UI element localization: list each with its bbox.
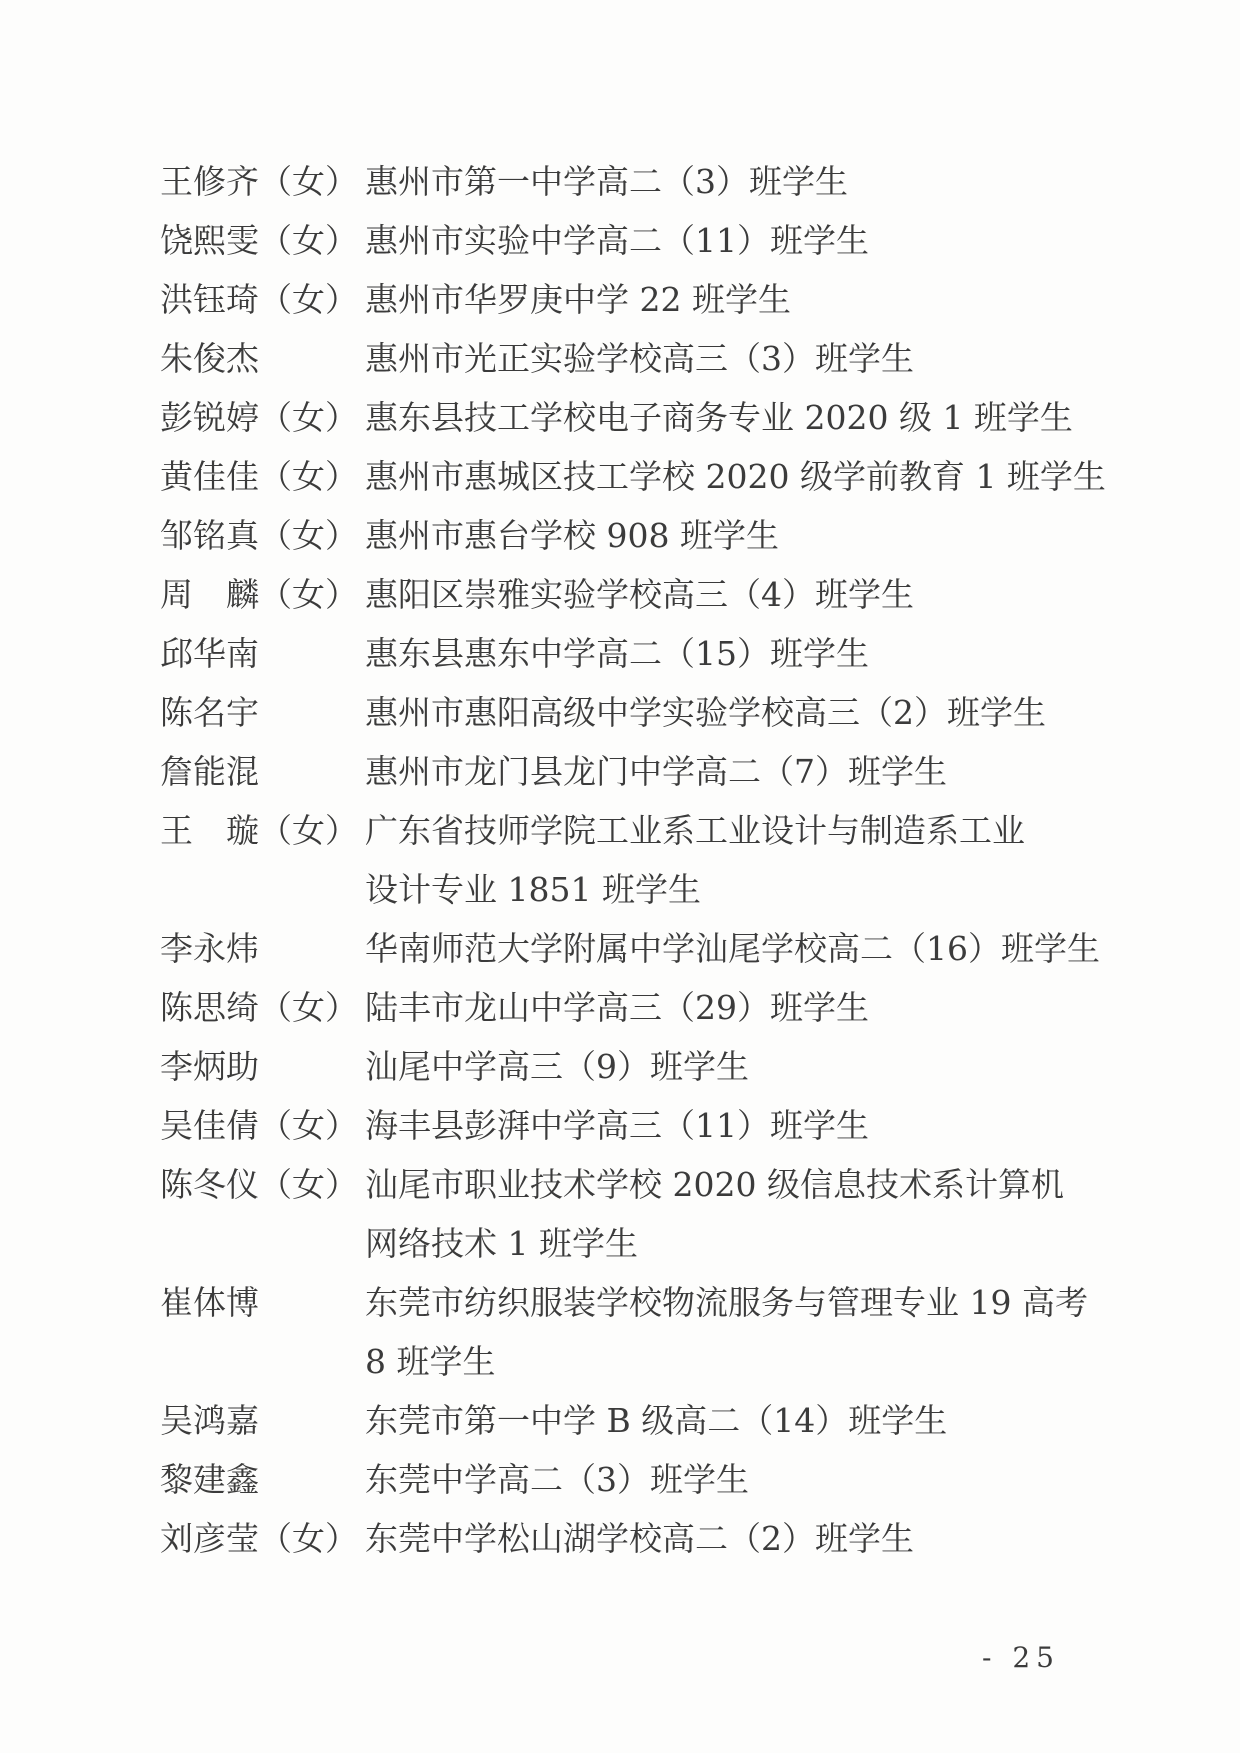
- list-item: 陈思绮（女） 陆丰市龙山中学高三（29）班学生: [160, 978, 1140, 1037]
- student-school: 广东省技师学院工业系工业设计与制造系工业 设计专业 1851 班学生: [365, 801, 1140, 919]
- student-name: 朱俊杰: [160, 329, 365, 388]
- list-item: 彭锐婷（女） 惠东县技工学校电子商务专业 2020 级 1 班学生: [160, 388, 1140, 447]
- student-name: 饶熙雯（女）: [160, 211, 365, 270]
- student-school: 惠州市第一中学高二（3）班学生: [365, 152, 1140, 211]
- student-name: 吴佳倩（女）: [160, 1096, 365, 1155]
- list-item: 陈冬仪（女） 汕尾市职业技术学校 2020 级信息技术系计算机 网络技术 1 班…: [160, 1155, 1140, 1273]
- list-item: 邱华南 惠东县惠东中学高二（15）班学生: [160, 624, 1140, 683]
- student-name: 李炳助: [160, 1037, 365, 1096]
- school-line-2: 设计专业 1851 班学生: [365, 860, 1140, 919]
- list-item: 詹能混 惠州市龙门县龙门中学高二（7）班学生: [160, 742, 1140, 801]
- student-school: 惠州市华罗庚中学 22 班学生: [365, 270, 1140, 329]
- student-name: 王修齐（女）: [160, 152, 365, 211]
- student-name: 陈思绮（女）: [160, 978, 365, 1037]
- student-name: 陈名宇: [160, 683, 365, 742]
- student-school: 东莞中学松山湖学校高二（2）班学生: [365, 1509, 1140, 1568]
- list-item: 王修齐（女） 惠州市第一中学高二（3）班学生: [160, 152, 1140, 211]
- list-item: 邹铭真（女） 惠州市惠台学校 908 班学生: [160, 506, 1140, 565]
- student-school: 惠州市惠阳高级中学实验学校高三（2）班学生: [365, 683, 1140, 742]
- student-school: 东莞中学高二（3）班学生: [365, 1450, 1140, 1509]
- list-item: 李永炜 华南师范大学附属中学汕尾学校高二（16）班学生: [160, 919, 1140, 978]
- list-item: 饶熙雯（女） 惠州市实验中学高二（11）班学生: [160, 211, 1140, 270]
- student-name: 刘彦莹（女）: [160, 1509, 365, 1568]
- list-item: 王 璇（女） 广东省技师学院工业系工业设计与制造系工业 设计专业 1851 班学…: [160, 801, 1140, 919]
- student-school: 惠州市龙门县龙门中学高二（7）班学生: [365, 742, 1140, 801]
- school-line-1: 东莞市纺织服装学校物流服务与管理专业 19 高考: [365, 1273, 1140, 1332]
- student-school: 惠阳区崇雅实验学校高三（4）班学生: [365, 565, 1140, 624]
- student-name: 周 麟（女）: [160, 565, 365, 624]
- student-school: 汕尾中学高三（9）班学生: [365, 1037, 1140, 1096]
- student-name: 李永炜: [160, 919, 365, 978]
- student-list: 王修齐（女） 惠州市第一中学高二（3）班学生 饶熙雯（女） 惠州市实验中学高二（…: [160, 152, 1140, 1568]
- list-item: 洪钰琦（女） 惠州市华罗庚中学 22 班学生: [160, 270, 1140, 329]
- list-item: 黄佳佳（女） 惠州市惠城区技工学校 2020 级学前教育 1 班学生: [160, 447, 1140, 506]
- list-item: 黎建鑫 东莞中学高二（3）班学生: [160, 1450, 1140, 1509]
- list-item: 陈名宇 惠州市惠阳高级中学实验学校高三（2）班学生: [160, 683, 1140, 742]
- student-school: 华南师范大学附属中学汕尾学校高二（16）班学生: [365, 919, 1140, 978]
- student-school: 惠东县技工学校电子商务专业 2020 级 1 班学生: [365, 388, 1140, 447]
- list-item: 崔体博 东莞市纺织服装学校物流服务与管理专业 19 高考 8 班学生: [160, 1273, 1140, 1391]
- school-line-1: 汕尾市职业技术学校 2020 级信息技术系计算机: [365, 1155, 1140, 1214]
- student-name: 黄佳佳（女）: [160, 447, 365, 506]
- student-name: 洪钰琦（女）: [160, 270, 365, 329]
- student-name: 黎建鑫: [160, 1450, 365, 1509]
- student-school: 惠东县惠东中学高二（15）班学生: [365, 624, 1140, 683]
- school-line-1: 广东省技师学院工业系工业设计与制造系工业: [365, 801, 1140, 860]
- student-name: 吴鸿嘉: [160, 1391, 365, 1450]
- student-school: 惠州市实验中学高二（11）班学生: [365, 211, 1140, 270]
- student-name: 邹铭真（女）: [160, 506, 365, 565]
- student-name: 王 璇（女）: [160, 801, 365, 860]
- student-name: 崔体博: [160, 1273, 365, 1332]
- list-item: 吴佳倩（女） 海丰县彭湃中学高三（11）班学生: [160, 1096, 1140, 1155]
- school-line-2: 网络技术 1 班学生: [365, 1214, 1140, 1273]
- student-school: 惠州市惠台学校 908 班学生: [365, 506, 1140, 565]
- student-name: 陈冬仪（女）: [160, 1155, 365, 1214]
- list-item: 周 麟（女） 惠阳区崇雅实验学校高三（4）班学生: [160, 565, 1140, 624]
- list-item: 刘彦莹（女） 东莞中学松山湖学校高二（2）班学生: [160, 1509, 1140, 1568]
- list-item: 李炳助 汕尾中学高三（9）班学生: [160, 1037, 1140, 1096]
- page-number: - 25: [982, 1641, 1060, 1675]
- list-item: 朱俊杰 惠州市光正实验学校高三（3）班学生: [160, 329, 1140, 388]
- student-school: 海丰县彭湃中学高三（11）班学生: [365, 1096, 1140, 1155]
- student-school: 惠州市惠城区技工学校 2020 级学前教育 1 班学生: [365, 447, 1140, 506]
- student-school: 东莞市纺织服装学校物流服务与管理专业 19 高考 8 班学生: [365, 1273, 1140, 1391]
- student-name: 詹能混: [160, 742, 365, 801]
- student-school: 汕尾市职业技术学校 2020 级信息技术系计算机 网络技术 1 班学生: [365, 1155, 1140, 1273]
- document-page: 王修齐（女） 惠州市第一中学高二（3）班学生 饶熙雯（女） 惠州市实验中学高二（…: [0, 0, 1240, 1753]
- student-school: 惠州市光正实验学校高三（3）班学生: [365, 329, 1140, 388]
- school-line-2: 8 班学生: [365, 1332, 1140, 1391]
- student-name: 邱华南: [160, 624, 365, 683]
- student-school: 东莞市第一中学 B 级高二（14）班学生: [365, 1391, 1140, 1450]
- list-item: 吴鸿嘉 东莞市第一中学 B 级高二（14）班学生: [160, 1391, 1140, 1450]
- student-school: 陆丰市龙山中学高三（29）班学生: [365, 978, 1140, 1037]
- student-name: 彭锐婷（女）: [160, 388, 365, 447]
